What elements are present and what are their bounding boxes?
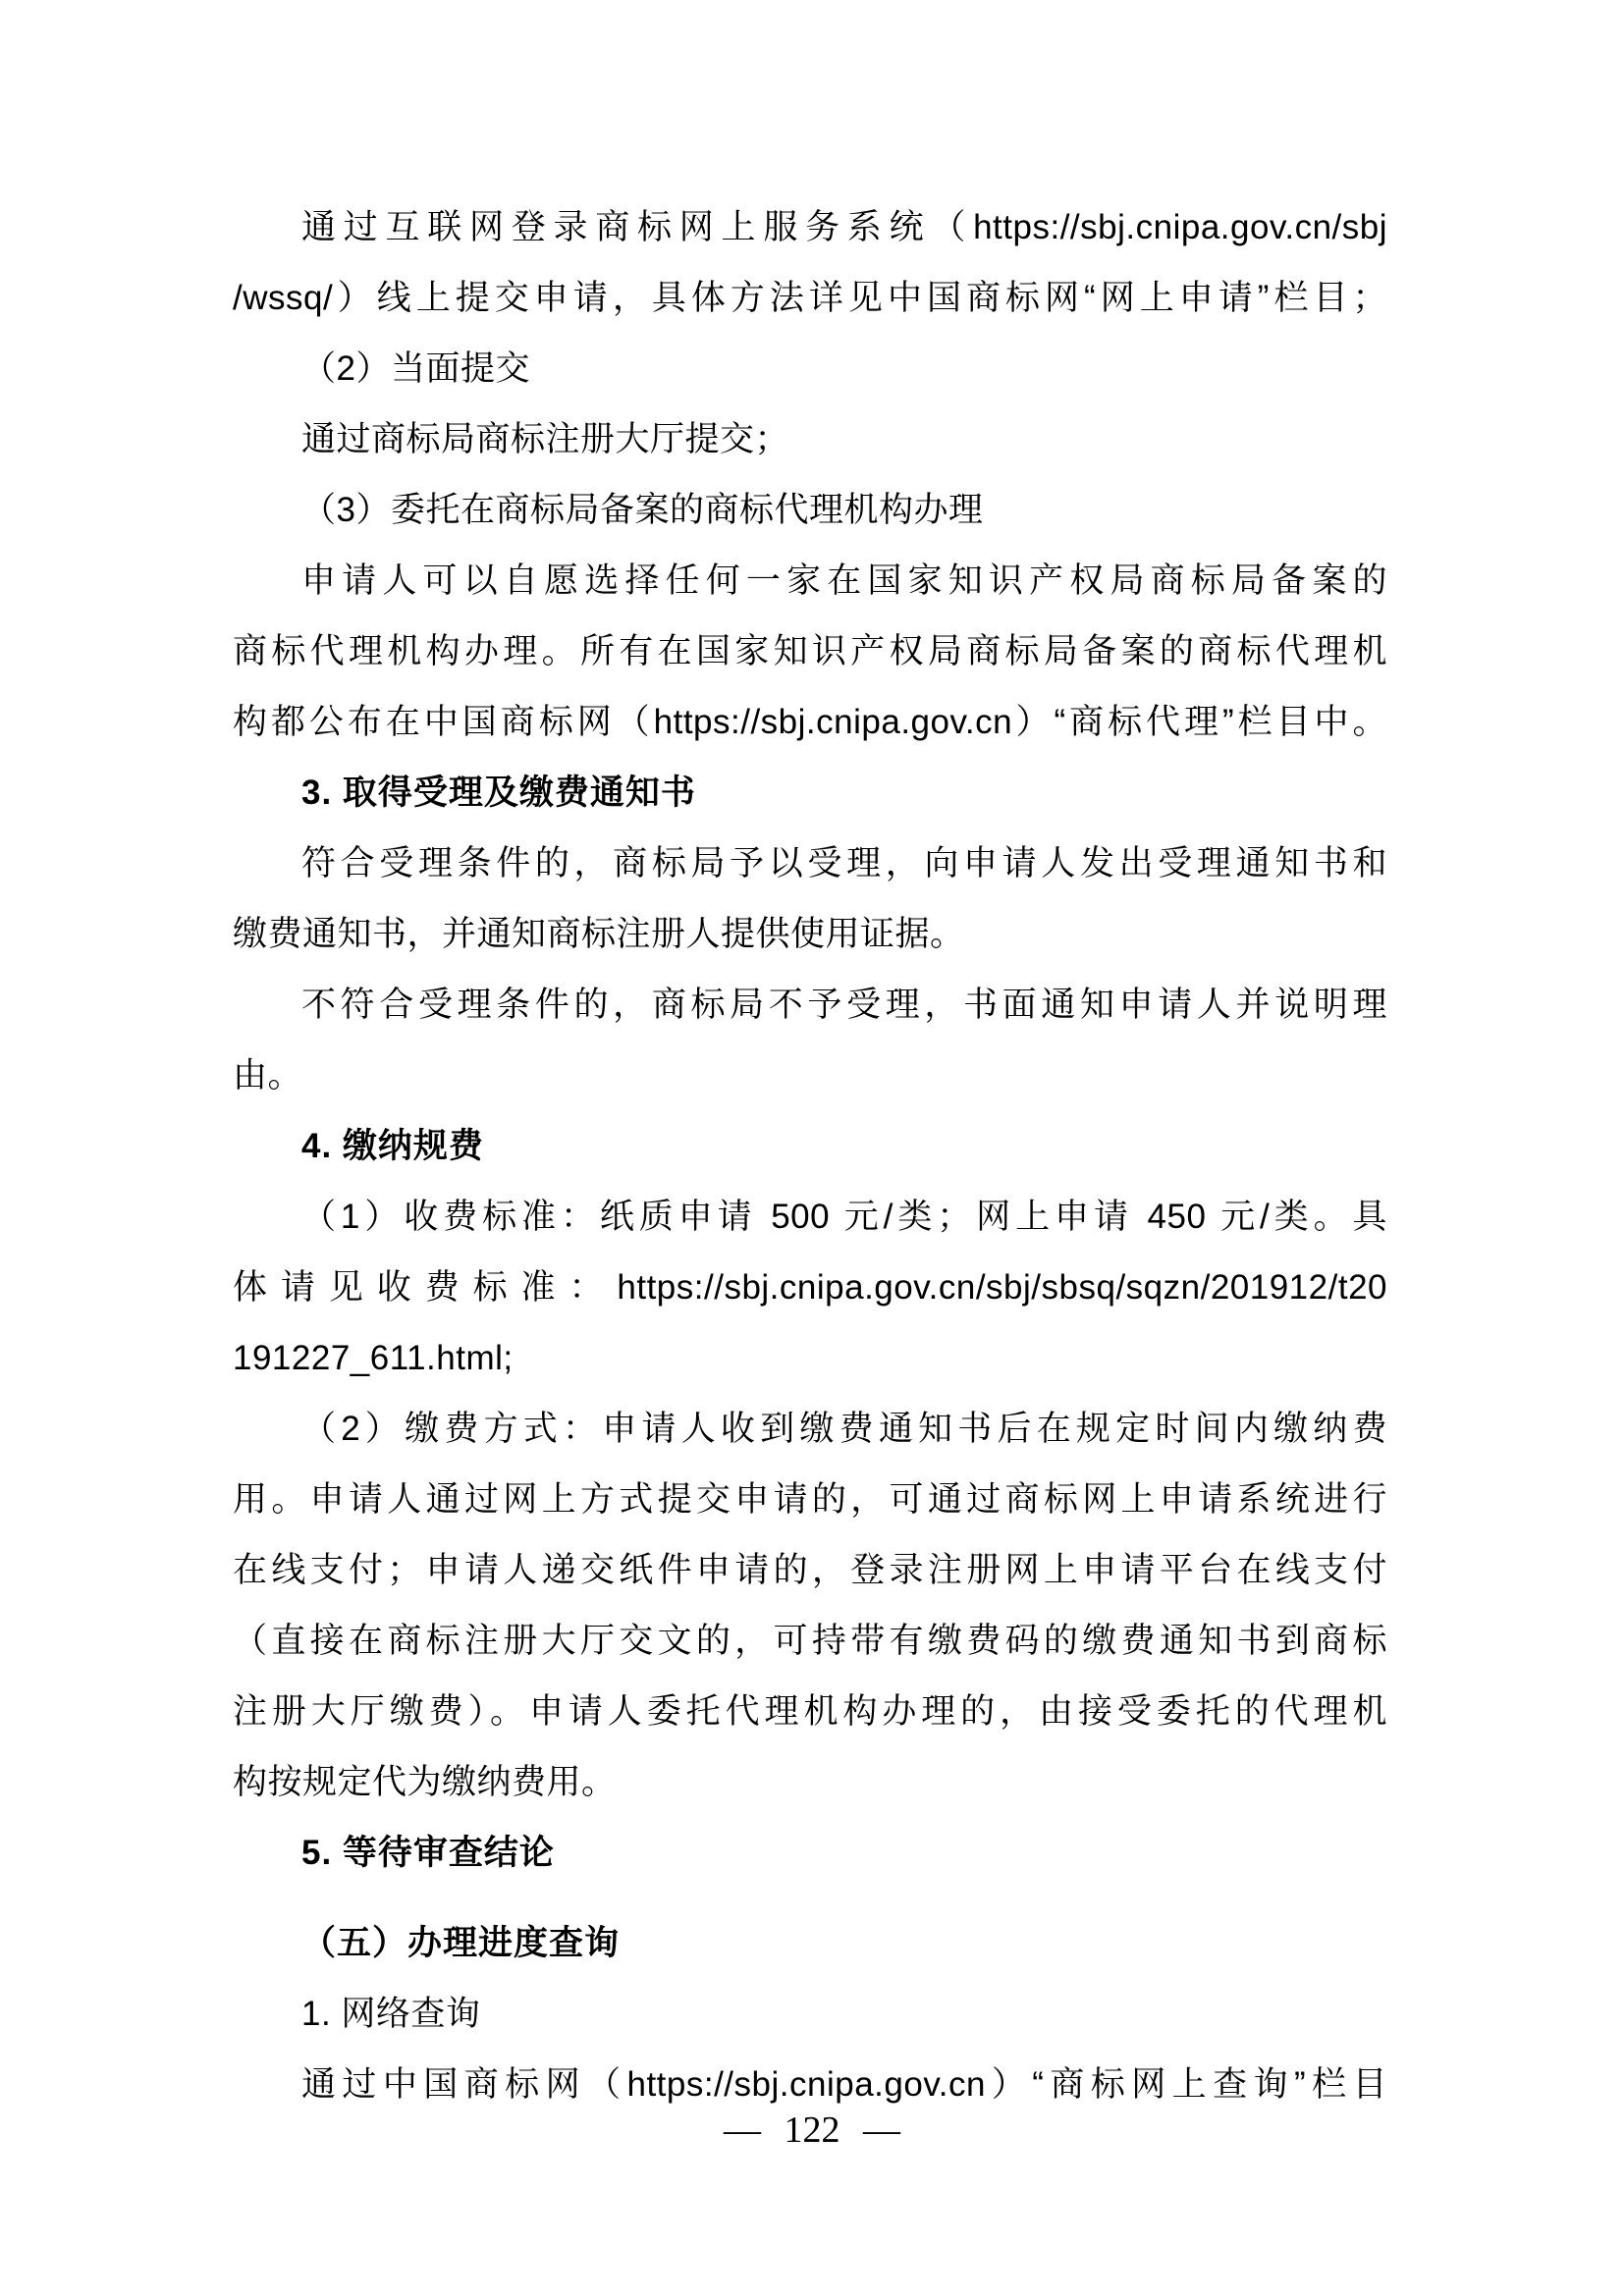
text-line: 注册大厅缴费）。申请人委托代理机构办理的，由接受委托的代理机 [233, 1677, 1387, 1747]
document-page: 通过互联网登录商标网上服务系统（https://sbj.cnipa.gov.cn… [0, 0, 1624, 2296]
text-line: 体请见收费标准：https://sbj.cnipa.gov.cn/sbj/sbs… [233, 1253, 1387, 1323]
text-line: 申请人可以自愿选择任何一家在国家知识产权局商标局备案的 [233, 546, 1387, 616]
text-line: 构按规定代为缴纳费用。 [233, 1747, 1387, 1818]
section-heading: 3. 取得受理及缴费通知书 [233, 758, 1387, 828]
text-line: 商标代理机构办理。所有在国家知识产权局商标局备案的商标代理机 [233, 616, 1387, 687]
text-line: （直接在商标注册大厅交文的，可持带有缴费码的缴费通知书到商标 [233, 1606, 1387, 1677]
section-heading: 5. 等待审查结论 [233, 1818, 1387, 1889]
text-line: 构都公布在中国商标网（https://sbj.cnipa.gov.cn）“商标代… [233, 687, 1387, 758]
text-line: 不符合受理条件的，商标局不予受理，书面通知申请人并说明理 [233, 970, 1387, 1041]
text-line: 通过互联网登录商标网上服务系统（https://sbj.cnipa.gov.cn… [233, 192, 1387, 263]
text-line: （3）委托在商标局备案的商标代理机构办理 [233, 475, 1387, 546]
text-line: 在线支付；申请人递交纸件申请的，登录注册网上申请平台在线支付 [233, 1535, 1387, 1606]
text-line: 符合受理条件的，商标局予以受理，向申请人发出受理通知书和 [233, 828, 1387, 899]
section-heading: （五）办理进度查询 [233, 1908, 1387, 1979]
text-line: （1）收费标准：纸质申请 500 元/类；网上申请 450 元/类。具 [233, 1182, 1387, 1253]
document-body: 通过互联网登录商标网上服务系统（https://sbj.cnipa.gov.cn… [233, 192, 1387, 2120]
text-line: 缴费通知书，并通知商标注册人提供使用证据。 [233, 899, 1387, 970]
text-line: 通过商标局商标注册大厅提交； [233, 404, 1387, 475]
text-line: 由。 [233, 1041, 1387, 1111]
text-line: 191227_611.html; [233, 1323, 1387, 1394]
page-footer: — 122 — [0, 2101, 1624, 2160]
text-line: （2）缴费方式：申请人收到缴费通知书后在规定时间内缴纳费 [233, 1394, 1387, 1465]
text-line: 用。申请人通过网上方式提交申请的，可通过商标网上申请系统进行 [233, 1465, 1387, 1535]
page-number: — 122 — [724, 2109, 900, 2151]
text-line: 1. 网络查询 [233, 1979, 1387, 2050]
section-heading: 4. 缴纳规费 [233, 1111, 1387, 1182]
text-line: （2）当面提交 [233, 334, 1387, 404]
text-line: /wssq/）线上提交申请，具体方法详见中国商标网“网上申请”栏目； [233, 263, 1387, 334]
